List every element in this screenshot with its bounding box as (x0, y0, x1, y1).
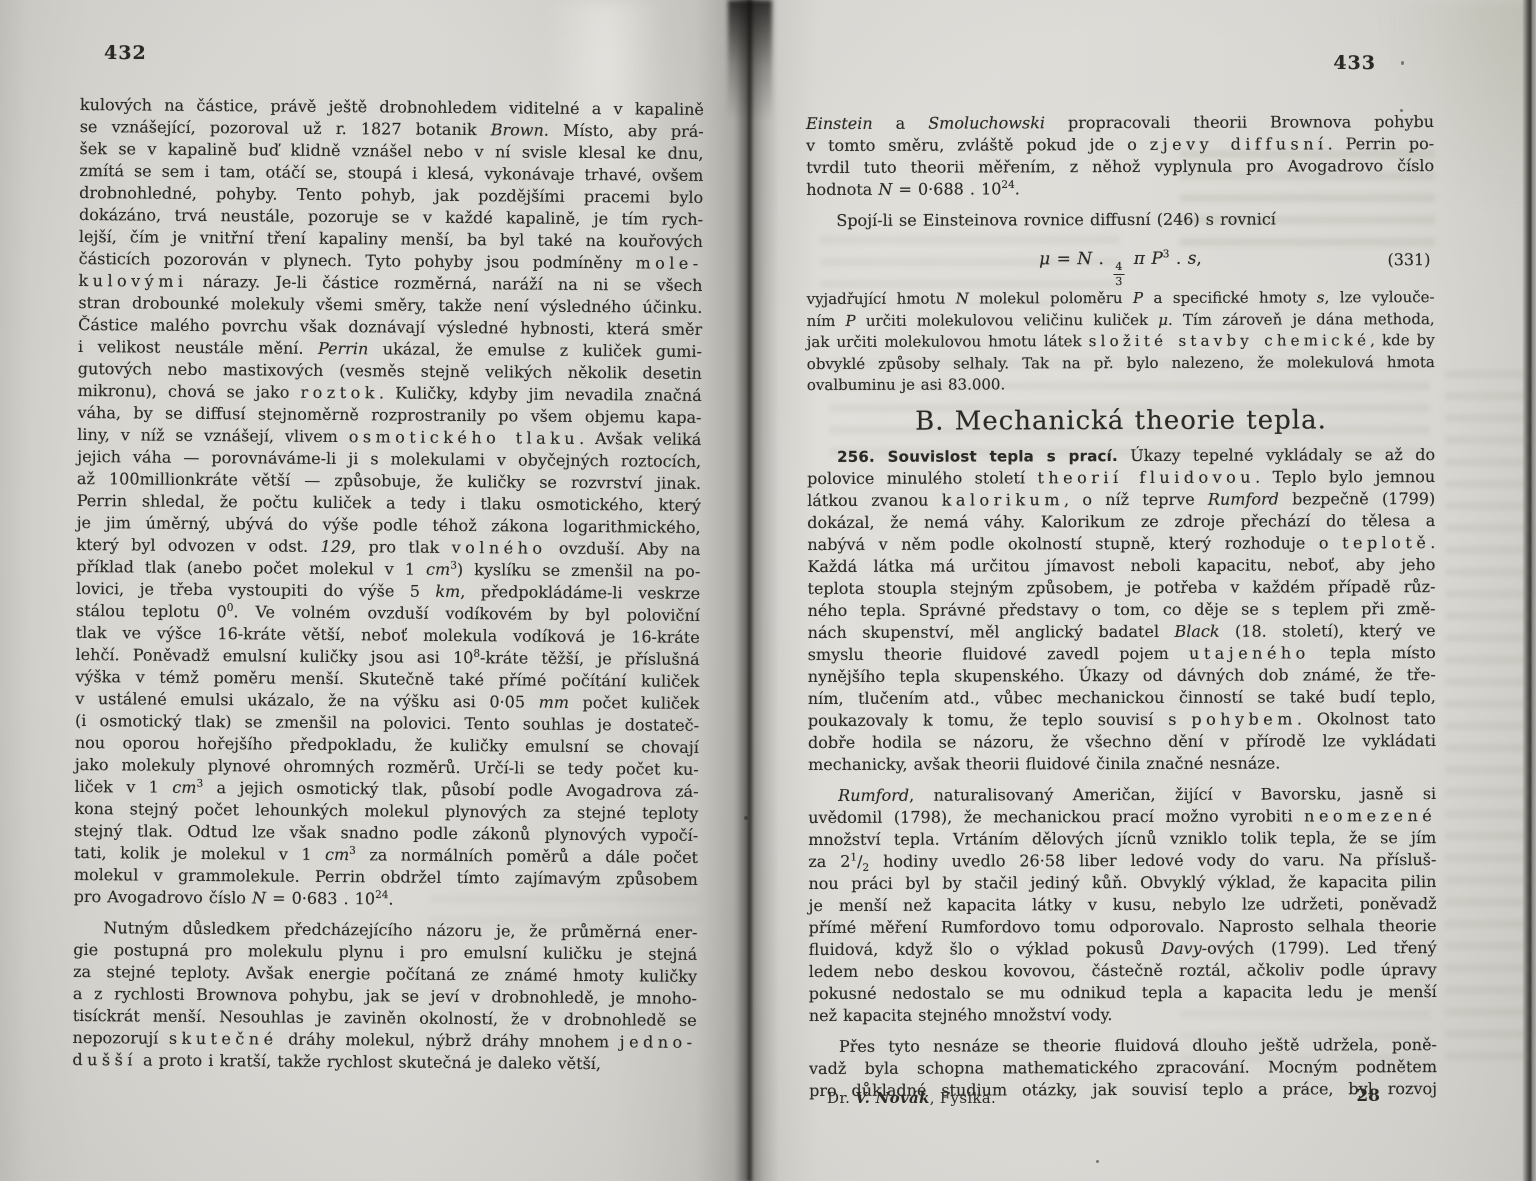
text-line: ovalbuminu je asi 83.000. (807, 373, 1435, 396)
text-line: v tomto směru, zvláště pokud jde o zjevy… (806, 133, 1434, 157)
page-number-left: 432 (104, 42, 147, 64)
text-line: Rumford, naturalisovaný Američan, žijící… (808, 783, 1436, 807)
text-line: jak určiti molekulovou hmotu látek složi… (807, 330, 1435, 353)
text-line: uvědomil (1798), že mechanickou prací mo… (808, 805, 1436, 829)
right-page-text-column: Einstein a Smoluchowski propracovali the… (806, 111, 1437, 1101)
text-line: vadž byla schopna mathematického zpracov… (809, 1056, 1437, 1080)
text-line: fluidová, když šlo o výklad pokusů Davy-… (809, 937, 1437, 961)
paragraph: vyjadřující hmotu N molekul poloměru P a… (807, 287, 1435, 396)
text-line: nách skupenství, měl anglický badatel Bl… (808, 620, 1436, 644)
footer-sheet-number: 28 (1340, 1086, 1380, 1106)
text-line: pokusné nedostalo se mu odnikud tepla a … (809, 981, 1437, 1005)
paragraph: kulových na částice, právě ještě drobnoh… (74, 94, 704, 913)
left-page-text-column: kulových na částice, právě ještě drobnoh… (72, 94, 704, 1076)
text-line: než kapacita stejného množství vody. (809, 1003, 1437, 1027)
equation-331-number: (331) (1387, 249, 1430, 271)
text-line: Každá látka má určitou jímavost neboli k… (807, 554, 1435, 578)
text-line: 256. Souvislost tepla s prací. Úkazy tep… (807, 444, 1435, 468)
footer-book-signature: Dr. V. Novák, Fysika. (827, 1089, 996, 1107)
text-line: nynějšího tepla skupenského. Úkazy od dá… (808, 664, 1436, 688)
text-line: ného tepla. Správné představy o tom, co … (808, 598, 1436, 622)
text-line: teplota stoupla stejným způsobem, je pot… (807, 576, 1435, 600)
text-line: nabývá v něm podle okolností stupně, kte… (807, 532, 1435, 556)
text-line: ním, tlučením atd., vůbec mechanickou či… (808, 686, 1436, 710)
text-line: Spojí-li se Einsteinova rovnice diffusní… (806, 208, 1434, 232)
book-spine-shadow-top (728, 0, 772, 120)
text-line: za 21/2 hodiny uvedlo 26·58 liber ledové… (808, 849, 1436, 873)
right-page-mid-paragraphs: vyjadřující hmotu N molekul poloměru P a… (807, 287, 1435, 396)
page-edge-shadow (1522, 0, 1536, 1181)
text-line: tvrdil tuto theorii měřením, z něhož vyp… (806, 155, 1434, 179)
equation-331-row: μ = N . 43 π P3 . s, (331) (806, 243, 1434, 279)
paper-speck (744, 816, 748, 820)
paragraph: Nutným důsledkem předcházejícího názoru … (72, 917, 697, 1076)
equation-331-expression: μ = N . 43 π P3 . s, (806, 247, 1434, 288)
text-line: množství tepla. Vrtáním dělových jícnů v… (808, 827, 1436, 851)
text-line: obvyklé způsoby selhaly. Tak na př. bylo… (807, 352, 1435, 375)
section-heading: B. Mechanická theorie tepla. (807, 409, 1435, 433)
book-spine-shadow (737, 0, 763, 1181)
text-line: smyslu theorie fluidové zavedl pojem uta… (808, 642, 1436, 666)
text-line: látkou zvanou kalorikum, o níž teprve Ru… (807, 488, 1435, 512)
right-page-body-paragraphs: 256. Souvislost tepla s prací. Úkazy tep… (807, 444, 1437, 1102)
book-spread-scan: 432 433 kulových na částice, právě ještě… (0, 0, 1536, 1181)
right-page-top-paragraphs: Einstein a Smoluchowski propracovali the… (806, 111, 1434, 232)
text-line: hodnota N = 0·688 . 1024. (806, 177, 1434, 201)
text-line: ledem nebo deskou kovovou, částečně rozt… (809, 959, 1437, 983)
paragraph: 256. Souvislost tepla s prací. Úkazy tep… (807, 444, 1436, 776)
text-line: dobře hodila se názoru, že všechno dění … (808, 730, 1436, 754)
text-line: Einstein a Smoluchowski propracovali the… (806, 111, 1434, 135)
paragraph: Einstein a Smoluchowski propracovali the… (806, 111, 1434, 201)
text-line: nou práci byl by stačil jediný kůň. Obvy… (808, 871, 1436, 895)
text-line: mechanicky, avšak theorii fluidové činil… (808, 752, 1436, 776)
text-line: přímé měření Rumfordovo tomu odporovalo.… (809, 915, 1437, 939)
text-line: ním P určiti molekulovou veličinu kuliče… (807, 309, 1435, 332)
text-line: poukazovaly k tomu, že teplo souvisí s p… (808, 708, 1436, 732)
page-number-right: 433 (1330, 52, 1376, 74)
text-line: dokázal, že nemá váhy. Kalorikum ze zdro… (807, 510, 1435, 534)
text-line: Přes tyto nesnáze se theorie fluidová dl… (809, 1034, 1437, 1058)
text-line: vyjadřující hmotu N molekul poloměru P a… (807, 287, 1435, 310)
paper-speck (1096, 1160, 1099, 1163)
paragraph: Spojí-li se Einsteinova rovnice diffusní… (806, 208, 1434, 232)
paragraph: Rumford, naturalisovaný Američan, žijící… (808, 783, 1437, 1027)
text-line: polovice minulého století theorií fluido… (807, 466, 1435, 490)
paper-speck (1401, 61, 1404, 65)
text-line: je menší než kapacita látky v kusu, neby… (808, 893, 1436, 917)
